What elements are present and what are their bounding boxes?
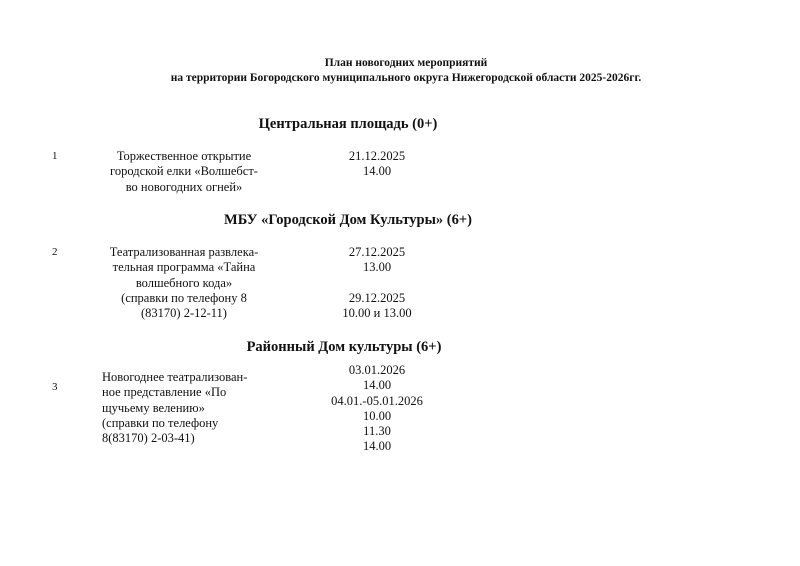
section-heading-district-house-of-culture: Районный Дом культуры (6+) [0, 338, 744, 356]
document-subtitle: на территории Богородского муниципальног… [6, 71, 800, 85]
event-schedule: 03.01.2026 14.00 04.01.-05.01.2026 10.00… [300, 363, 454, 455]
description-line: (справки по телефону [102, 416, 274, 431]
schedule-line [300, 276, 454, 291]
schedule-line: 21.12.2025 [300, 149, 454, 164]
section-heading-city-house-of-culture: МБУ «Городской Дом Культуры» (6+) [0, 211, 748, 229]
event-number: 2 [52, 245, 58, 260]
event-number: 1 [52, 149, 58, 164]
event-schedule: 27.12.2025 13.00 29.12.2025 10.00 и 13.0… [300, 245, 454, 321]
document-title: План новогодних мероприятий [6, 56, 800, 70]
schedule-line: 14.00 [300, 164, 454, 179]
event-description: Театрализованная развлека- тельная прогр… [98, 245, 270, 321]
schedule-line: 14.00 [300, 439, 454, 454]
schedule-line: 11.30 [300, 424, 454, 439]
schedule-line: 14.00 [300, 378, 454, 393]
description-line: (справки по телефону 8 [98, 291, 270, 306]
event-description: Новогоднее театрализован- ное представле… [102, 370, 274, 446]
schedule-line: 29.12.2025 [300, 291, 454, 306]
description-line: тельная программа «Тайна [98, 260, 270, 275]
section-heading-central-square: Центральная площадь (0+) [0, 115, 748, 133]
description-line: городской елки «Волшебст- [98, 164, 270, 179]
schedule-line: 27.12.2025 [300, 245, 454, 260]
description-line: щучьему велению» [102, 401, 274, 416]
event-schedule: 21.12.2025 14.00 [300, 149, 454, 180]
schedule-line: 10.00 [300, 409, 454, 424]
event-description: Торжественное открытие городской елки «В… [98, 149, 270, 195]
schedule-line: 04.01.-05.01.2026 [300, 394, 454, 409]
schedule-line: 10.00 и 13.00 [300, 306, 454, 321]
description-line: во новогодних огней» [98, 180, 270, 195]
description-line: (83170) 2-12-11) [98, 306, 270, 321]
description-line: Театрализованная развлека- [98, 245, 270, 260]
description-line: Торжественное открытие [98, 149, 270, 164]
description-line: ное представление «По [102, 385, 274, 400]
description-line: волшебного кода» [98, 276, 270, 291]
description-line: 8(83170) 2-03-41) [102, 431, 274, 446]
schedule-line: 03.01.2026 [300, 363, 454, 378]
event-number: 3 [52, 380, 58, 395]
description-line: Новогоднее театрализован- [102, 370, 274, 385]
schedule-line: 13.00 [300, 260, 454, 275]
